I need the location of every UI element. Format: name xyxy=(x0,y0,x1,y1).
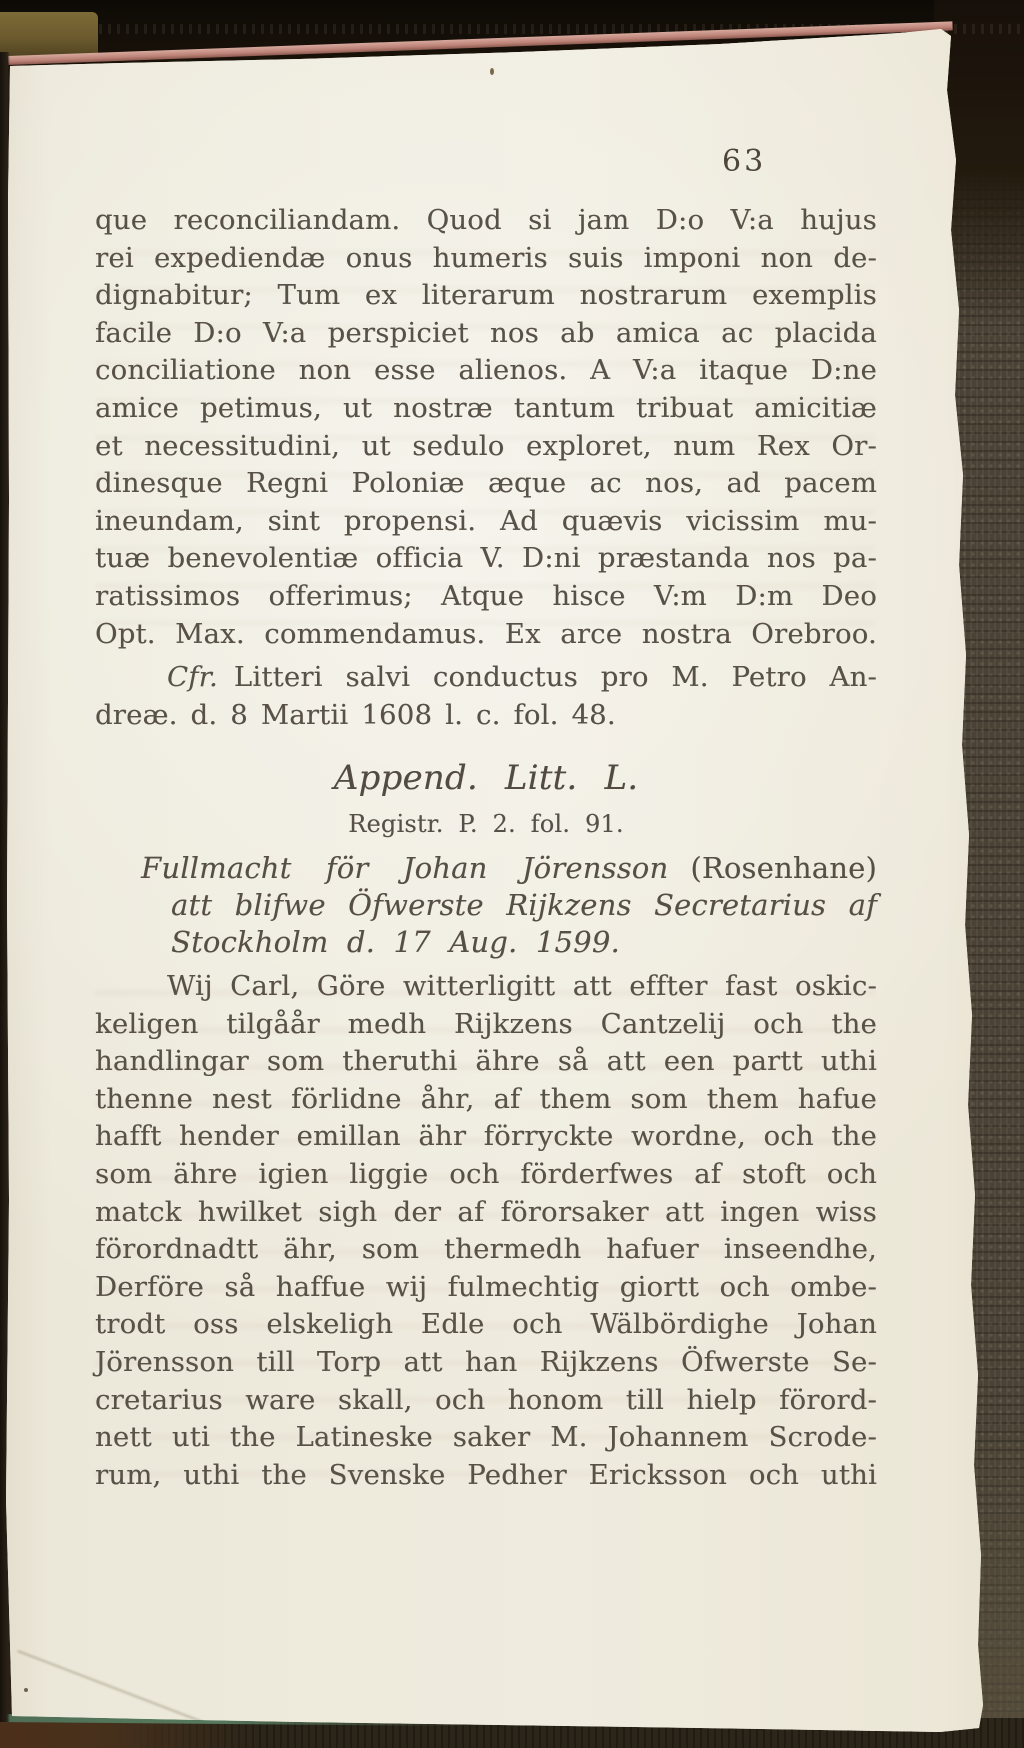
document-title: Fullmacht för Johan Jörensson(Rosenhane)… xyxy=(95,850,877,960)
swedish-line: trodt oss elskeligh Edle och Wälbördighe… xyxy=(95,1306,877,1344)
swedish-line: keligen tilgåår medh Rijkzens Cantzelij … xyxy=(95,1006,877,1044)
latin-line: dignabitur; Tum ex literarum nostrarum e… xyxy=(95,277,877,315)
cfr-line-1: Cfr.Litteri salvi conductus pro M. Petro… xyxy=(95,659,877,697)
cfr-reference-note: Cfr.Litteri salvi conductus pro M. Petro… xyxy=(95,659,877,734)
latin-line: facile D:o V:a perspiciet nos ab amica a… xyxy=(95,315,877,353)
swedish-line: hafft hender emillan ähr förryckte wordn… xyxy=(95,1118,877,1156)
register-reference: Registr. P. 2. fol. 91. xyxy=(95,806,877,842)
swedish-line: Wij Carl, Göre witterligitt att effter f… xyxy=(95,968,877,1006)
swedish-line: thenne nest förlidne åhr, af them som th… xyxy=(95,1081,877,1119)
cfr-label: Cfr. xyxy=(167,661,218,693)
swedish-line: Derföre så haffue wij fulmechtig giortt … xyxy=(95,1269,877,1307)
swedish-line: Jörensson till Torp att han Rijkzens Öfw… xyxy=(95,1344,877,1382)
title-line-1: Fullmacht för Johan Jörensson(Rosenhane) xyxy=(95,850,877,887)
latin-line: amice petimus, ut nostræ tantum tribuat … xyxy=(95,390,877,428)
book-photo: 63 que reconciliandam. Quod si jam D:o V… xyxy=(0,0,1024,1748)
paper-speck xyxy=(24,1688,28,1692)
latin-line: tuæ benevolentiæ officia V. D:ni præstan… xyxy=(95,540,877,578)
title-line-3: Stockholm d. 17 Aug. 1599. xyxy=(95,924,877,961)
swedish-line: som ähre igien liggie och förderfwes af … xyxy=(95,1156,877,1194)
latin-line: conciliatione non esse alienos. A V:a it… xyxy=(95,352,877,390)
swedish-line: rum, uthi the Svenske Pedher Ericksson o… xyxy=(95,1457,877,1495)
latin-line: Opt. Max. commendamus. Ex arce nostra Or… xyxy=(95,616,877,654)
swedish-line: nett uti the Latineske saker M. Johannem… xyxy=(95,1419,877,1457)
swedish-paragraph: Wij Carl, Göre witterligitt att effter f… xyxy=(95,968,877,1494)
latin-line: et necessitudini, ut sedulo exploret, nu… xyxy=(95,428,877,466)
latin-line: rei expediendæ onus humeris suis imponi … xyxy=(95,240,877,278)
latin-line: que reconciliandam. Quod si jam D:o V:a … xyxy=(95,202,877,240)
page-surface: 63 que reconciliandam. Quod si jam D:o V… xyxy=(0,0,1024,1748)
latin-line: ineundam, sint propensi. Ad quævis vicis… xyxy=(95,503,877,541)
cfr-text: Litteri salvi conductus pro M. Petro An- xyxy=(234,661,877,693)
title-line-1-italic: Fullmacht för Johan Jörensson xyxy=(141,851,668,885)
latin-paragraph: que reconciliandam. Quod si jam D:o V:a … xyxy=(95,202,877,653)
paper-speck xyxy=(490,68,494,75)
page-number: 63 xyxy=(722,144,766,179)
title-line-1-roman: (Rosenhane) xyxy=(690,851,877,885)
cfr-line-2: dreæ. d. 8 Martii 1608 l. c. fol. 48. xyxy=(95,697,877,735)
latin-line: ratissimos offerimus; Atque hisce V:m D:… xyxy=(95,578,877,616)
text-column: que reconciliandam. Quod si jam D:o V:a … xyxy=(95,202,877,1494)
title-line-2: att blifwe Öfwerste Rijkzens Secretarius… xyxy=(95,887,877,924)
swedish-line: matck hwilket sigh der af förorsaker att… xyxy=(95,1194,877,1232)
appendix-heading: Append. Litt. L. xyxy=(95,754,877,802)
swedish-line: handlingar som theruthi ähre så att een … xyxy=(95,1043,877,1081)
swedish-line: förordnadtt ähr, som thermedh hafuer ins… xyxy=(95,1231,877,1269)
swedish-line: cretarius ware skall, och honom till hie… xyxy=(95,1382,877,1420)
latin-line: dinesque Regni Poloniæ æque ac nos, ad p… xyxy=(95,465,877,503)
